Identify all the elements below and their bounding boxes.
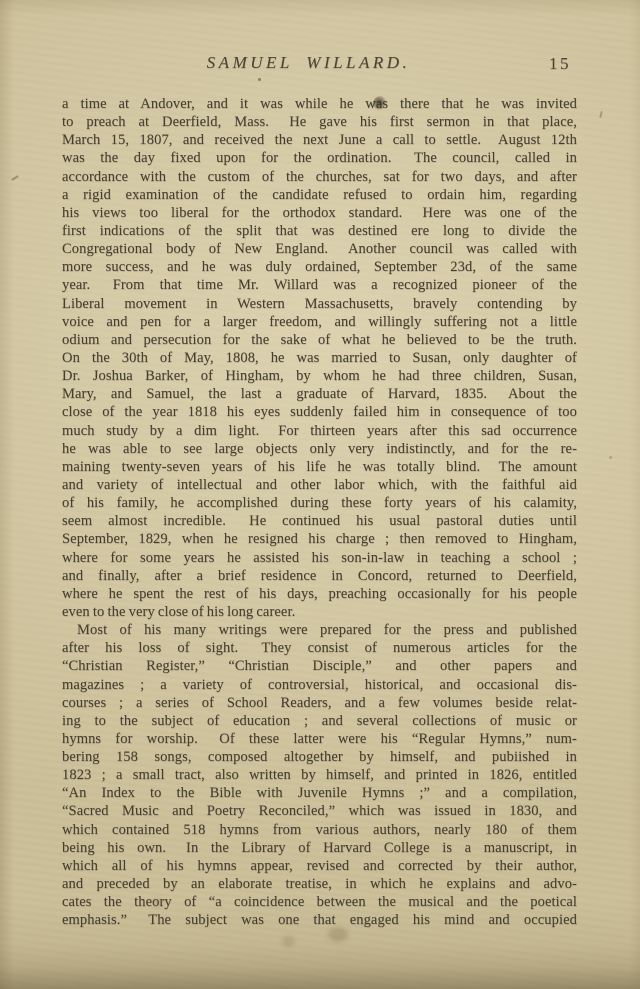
book-page-scan: SAMUEL WILLARD. 15 a time at Andover, an… bbox=[0, 0, 640, 989]
text-line: much study by a dim light. For thirteen … bbox=[62, 422, 577, 440]
text-line: to preach at Deerfield, Mass. He gave hi… bbox=[62, 113, 577, 131]
page-number: 15 bbox=[549, 54, 571, 74]
text-line: his views too liberal for the orthodox s… bbox=[62, 204, 577, 222]
text-line: bering 158 songs, composed altogether by… bbox=[62, 748, 577, 766]
margin-mark-artifact bbox=[599, 111, 603, 118]
text-line: and finally, after a brief residence in … bbox=[62, 567, 577, 585]
text-line: and variety of intellectual and other la… bbox=[62, 476, 577, 494]
text-line: a time at Andover, and it was while he w… bbox=[62, 95, 577, 113]
text-line: March 15, 1807, and received the next Ju… bbox=[62, 131, 577, 149]
text-line: “Sacred Music and Poetry Reconciled,” wh… bbox=[62, 802, 577, 820]
text-line: “An Index to the Bible with Juvenile Hym… bbox=[62, 784, 577, 802]
margin-mark-artifact bbox=[11, 175, 19, 181]
text-line: magazines ; a variety of controversial, … bbox=[62, 676, 577, 694]
text-block: a time at Andover, and it was while he w… bbox=[62, 95, 577, 929]
text-line: Congregational body of New England. Anot… bbox=[62, 240, 577, 258]
text-line: more success, and he was duly ordained, … bbox=[62, 258, 577, 276]
text-line: September, 1829, when he resigned his ch… bbox=[62, 530, 577, 548]
text-line: Liberal movement in Western Massachusett… bbox=[62, 295, 577, 313]
paper-stain-artifact bbox=[282, 936, 295, 947]
text-line: hymns for worship. Of these latter were … bbox=[62, 730, 577, 748]
text-line: seem almost incredible. He continued his… bbox=[62, 512, 577, 530]
ink-speck-artifact bbox=[258, 78, 261, 81]
text-line: first indications of the split that was … bbox=[62, 222, 577, 240]
text-line: voice and pen for a larger freedom, and … bbox=[62, 313, 577, 331]
text-line: emphasis.” The subject was one that enga… bbox=[62, 911, 577, 929]
text-line: was the day fixed upon for the ordinatio… bbox=[62, 149, 577, 167]
text-line: Most of his many writings were prepared … bbox=[62, 621, 577, 639]
text-line: year. From that time Mr. Willard was a r… bbox=[62, 276, 577, 294]
text-line: being his own. In the Library of Harvard… bbox=[62, 839, 577, 857]
text-line: where for some years he assisted his son… bbox=[62, 549, 577, 567]
text-line: which contained 518 hymns from various a… bbox=[62, 821, 577, 839]
page-title: SAMUEL WILLARD. bbox=[207, 53, 411, 73]
text-line: which all of his hymns appear, revised a… bbox=[62, 857, 577, 875]
text-line: Mary, and Samuel, the last a graduate of… bbox=[62, 385, 577, 403]
text-line: close of the year 1818 his eyes suddenly… bbox=[62, 403, 577, 421]
text-line: accordance with the custom of the church… bbox=[62, 168, 577, 186]
text-line: maining twenty-seven years of his life h… bbox=[62, 458, 577, 476]
text-line: “Christian Register,” “Christian Discipl… bbox=[62, 657, 577, 675]
text-line: even to the very close of his long caree… bbox=[62, 603, 577, 621]
text-line: courses ; a series of School Readers, an… bbox=[62, 694, 577, 712]
text-line: Dr. Joshua Barker, of Hingham, by whom h… bbox=[62, 367, 577, 385]
text-line: where he spent the rest of his days, pre… bbox=[62, 585, 577, 603]
text-line: odium and persecution for the sake of wh… bbox=[62, 331, 577, 349]
running-head: SAMUEL WILLARD. 15 bbox=[62, 53, 577, 75]
text-line: On the 30th of May, 1808, he was married… bbox=[62, 349, 577, 367]
text-line: a rigid examination of the candidate ref… bbox=[62, 186, 577, 204]
text-line: ing to the subject of education ; and se… bbox=[62, 712, 577, 730]
text-line: and preceded by an elaborate treatise, i… bbox=[62, 875, 577, 893]
text-line: 1823 ; a small tract, also written by hi… bbox=[62, 766, 577, 784]
text-line: after his loss of sight. They consist of… bbox=[62, 639, 577, 657]
text-line: he was able to see large objects only ve… bbox=[62, 440, 577, 458]
text-line: cates the theory of “a coincidence betwe… bbox=[62, 893, 577, 911]
ink-speck-artifact bbox=[609, 456, 612, 459]
text-line: of his family, he accomplished during th… bbox=[62, 494, 577, 512]
